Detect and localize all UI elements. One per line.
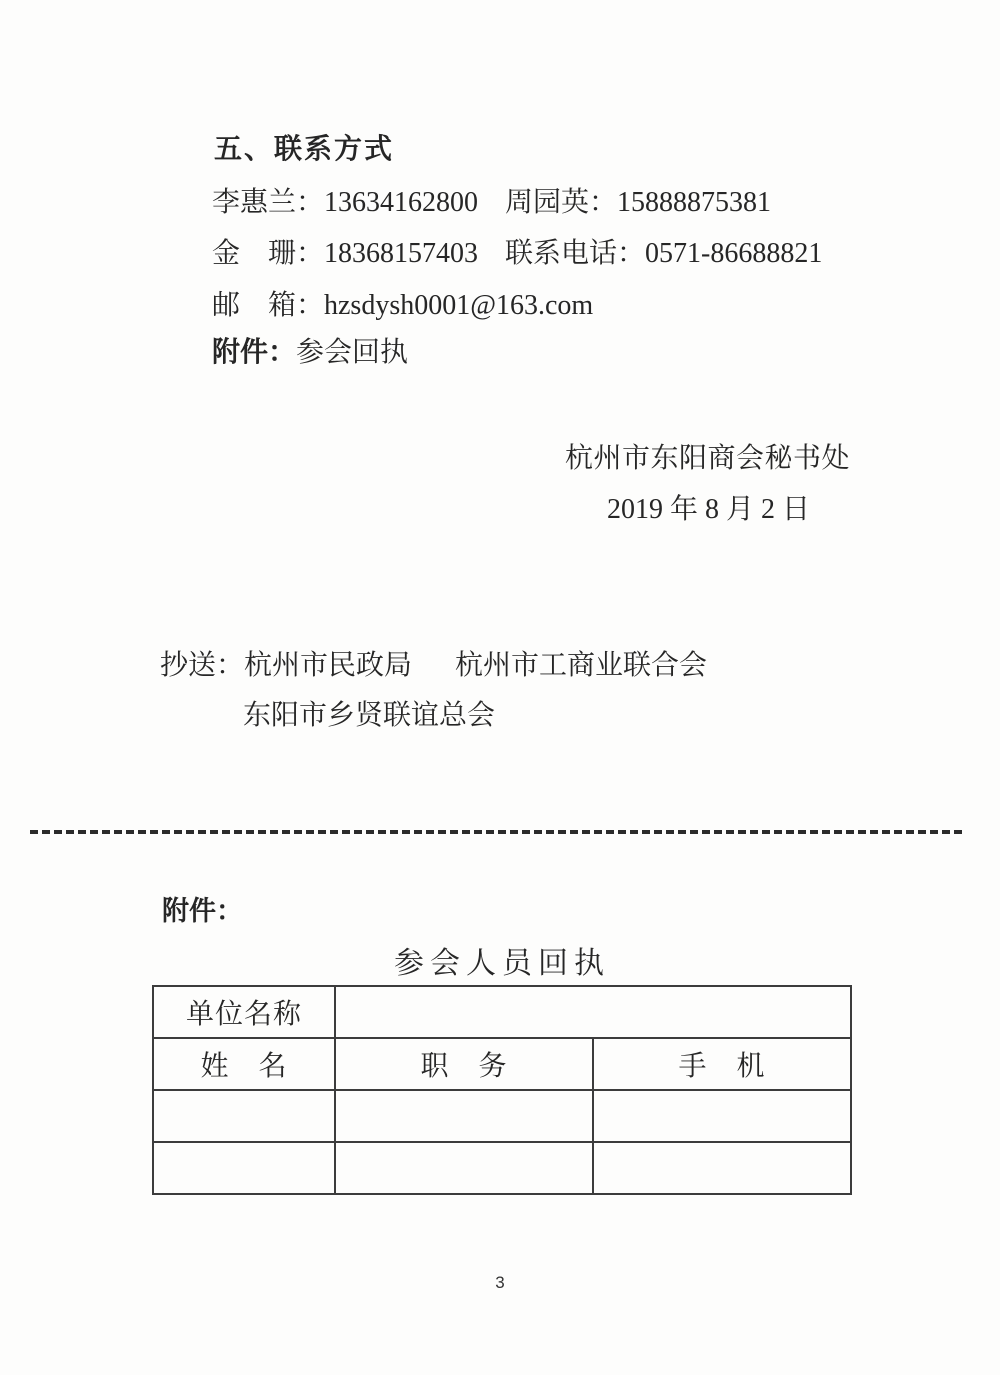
table-empty-row xyxy=(153,1142,851,1194)
contact-phone-general: 联系电话：0571-86688821 xyxy=(505,231,822,271)
contact-line-2: 金 珊：18368157403 联系电话：0571-86688821 xyxy=(212,231,982,271)
empty-cell xyxy=(153,1090,335,1142)
empty-cell xyxy=(593,1090,851,1142)
contact-line-email: 邮 箱：hzsdysh0001@163.com xyxy=(212,283,982,323)
contact-person-3: 金 珊：18368157403 xyxy=(212,238,478,269)
attachment-ref-value: 参会回执 xyxy=(296,337,408,368)
header-name-cell: 姓 名 xyxy=(153,1038,335,1090)
header-title-cell: 职 务 xyxy=(335,1038,593,1090)
contact-line-1: 李惠兰：13634162800 周园英：15888875381 xyxy=(212,180,982,220)
contact-person-2: 周园英：15888875381 xyxy=(505,180,771,220)
document-page: 五、联系方式 李惠兰：13634162800 周园英：15888875381 金… xyxy=(0,0,1000,1375)
cc-line-1: 抄送：杭州市民政局杭州市工商业联合会 xyxy=(160,643,707,683)
dashed-separator xyxy=(30,830,962,834)
page-number: 3 xyxy=(0,1273,1000,1293)
section-heading: 五、联系方式 xyxy=(214,127,394,167)
empty-cell xyxy=(593,1142,851,1194)
attachment-ref-label: 附件： xyxy=(212,337,296,368)
signature-organization: 杭州市东阳商会秘书处 xyxy=(565,436,850,476)
empty-cell xyxy=(335,1090,593,1142)
cc-item-2: 杭州市工商业联合会 xyxy=(455,643,707,683)
unit-name-label-cell: 单位名称 xyxy=(153,986,335,1038)
return-form-table: 单位名称 姓 名 职 务 手 机 xyxy=(152,985,852,1195)
unit-name-input-cell xyxy=(335,986,851,1038)
table-header-row: 姓 名 职 务 手 机 xyxy=(153,1038,851,1090)
table-row-unit: 单位名称 xyxy=(153,986,851,1038)
header-phone-cell: 手 机 xyxy=(593,1038,851,1090)
email-address: 邮 箱：hzsdysh0001@163.com xyxy=(212,290,593,321)
attachment-reference-line: 附件：参会回执 xyxy=(212,330,982,370)
attachment-section-label: 附件： xyxy=(162,889,243,928)
cc-item-1: 杭州市民政局 xyxy=(244,650,412,681)
cc-label: 抄送： xyxy=(160,650,244,681)
empty-cell xyxy=(153,1142,335,1194)
form-title: 参会人员回执 xyxy=(152,938,852,982)
contact-person-1: 李惠兰：13634162800 xyxy=(212,187,478,218)
table-empty-row xyxy=(153,1090,851,1142)
cc-item-3: 东阳市乡贤联谊总会 xyxy=(243,693,495,733)
empty-cell xyxy=(335,1142,593,1194)
signature-date: 2019 年 8 月 2 日 xyxy=(607,487,810,527)
